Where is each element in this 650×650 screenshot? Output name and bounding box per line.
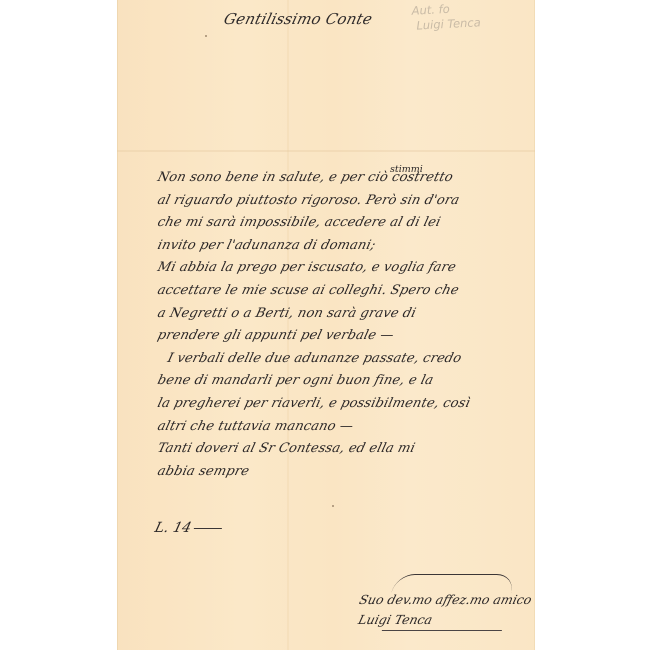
scan-canvas: Gentilissimo Conte Aut. fo Luigi Tenca s…	[0, 0, 650, 650]
body-line: Tanti doveri al Sr Contessa, ed ella mi	[154, 441, 535, 464]
body-line: abbia sempre	[154, 464, 535, 487]
signature-underline	[382, 630, 502, 631]
paper-fold-horizontal	[117, 150, 535, 152]
closing-mark-text: L. 14	[153, 520, 193, 536]
paper-speck	[332, 505, 334, 507]
salutation: Gentilissimo Conte	[222, 10, 374, 28]
body-line: altri che tuttavia mancano —	[154, 419, 535, 442]
letter-paper: Gentilissimo Conte Aut. fo Luigi Tenca s…	[117, 0, 535, 650]
body-line: invito per l'adunanza di domani;	[154, 238, 535, 261]
signature-block: Suo dev.mo affez.mo amico Luigi Tenca	[352, 590, 534, 630]
body-line: al riguardo piuttosto rigoroso. Però sin…	[154, 193, 535, 216]
body-line: Mi abbia la prego per iscusato, e voglia…	[154, 260, 535, 283]
body-line: che mi sarà impossibile, accedere al di …	[154, 215, 535, 238]
letter-body: Non sono bene in salute, e per ciò costr…	[154, 170, 529, 486]
closing-mark: L. 14	[153, 520, 224, 536]
pencil-annotation: Aut. fo Luigi Tenca	[411, 0, 481, 34]
body-line: prendere gli appunti pel verbale —	[154, 328, 535, 351]
paper-speck	[205, 35, 207, 37]
body-line: a Negretti o a Berti, non sarà grave di	[154, 306, 535, 329]
paper-speck	[389, 404, 391, 406]
pencil-annotation-line-2: Luigi Tenca	[416, 15, 481, 33]
body-line: Non sono bene in salute, e per ciò costr…	[154, 170, 535, 193]
signoff-line-1: Suo dev.mo affez.mo amico	[357, 590, 534, 610]
body-line: la pregherei per riaverli, e possibilmen…	[154, 396, 535, 419]
body-line: I verbali delle due adunanze passate, cr…	[154, 351, 535, 374]
signature-name: Luigi Tenca	[352, 610, 529, 630]
closing-dash	[194, 528, 222, 529]
body-line: bene di mandarli per ogni buon fine, e l…	[154, 373, 535, 396]
signature-flourish	[391, 574, 516, 593]
body-line: accettare le mie scuse ai colleghi. Sper…	[154, 283, 535, 306]
